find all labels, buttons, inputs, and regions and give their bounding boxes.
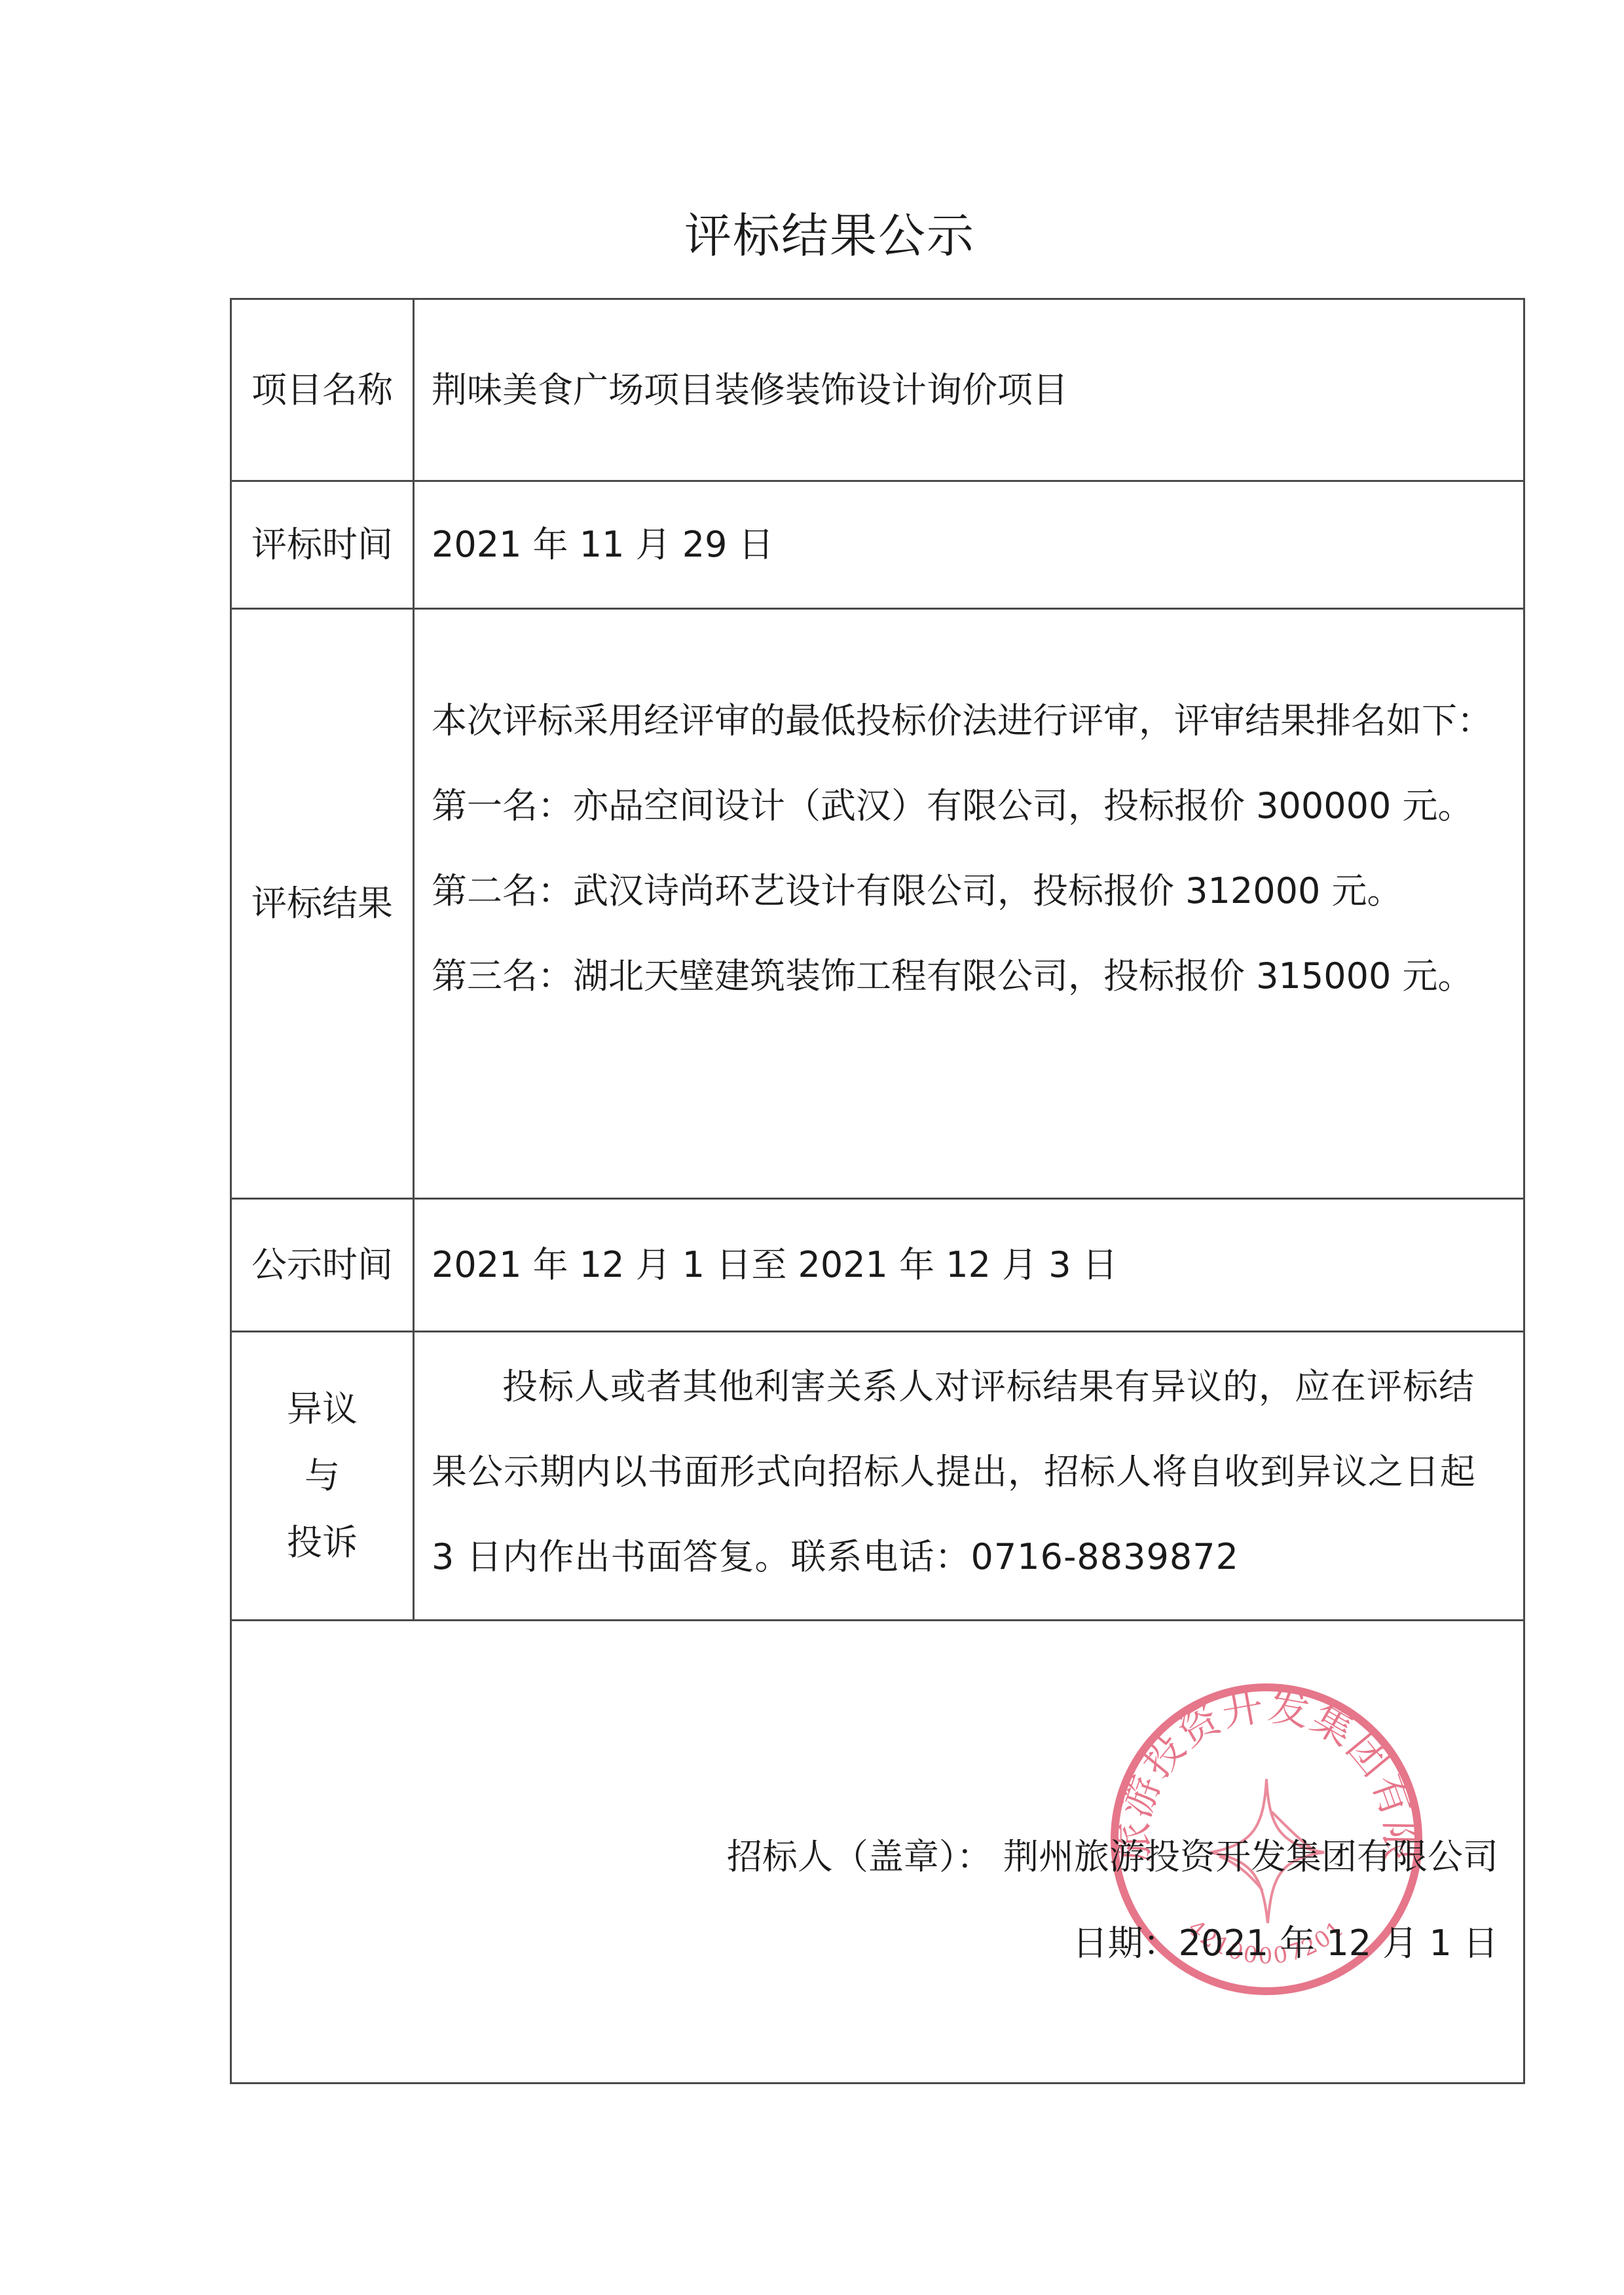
row-project-name: 项目名称 荆味美食广场项目装修装饰设计询价项目 (232, 300, 1523, 482)
rank-label: 第三名： (432, 955, 573, 997)
price-unit: 元。 (1320, 870, 1402, 911)
label-line-1: 异议 (287, 1388, 358, 1430)
tenderer-name: 荆州旅游投资开发集团有限公司 (1003, 1836, 1498, 1877)
value-objections: 投标人或者其他利害关系人对评标结果有异议的，应在评标结果公示期内以书面形式向招标… (415, 1332, 1523, 1619)
ranking-item-3: 第三名：湖北天壁建筑装饰工程有限公司，投标报价 315000 元。 (432, 955, 1473, 1040)
bid-label: ，投标报价 (1068, 785, 1256, 826)
page-title: 评标结果公示 (0, 208, 1624, 263)
signature-block: 招标人（盖章）： 荆州旅游投资开发集团有限公司 日期：2021 年 12 月 1… (581, 1621, 1498, 2082)
row-publicity-period: 公示时间 2021 年 12 月 1 日至 2021 年 12 月 3 日 (232, 1200, 1523, 1332)
bid-price: 312000 (1185, 870, 1320, 911)
row-objections: 异议 与 投诉 投标人或者其他利害关系人对评标结果有异议的，应在评标结果公示期内… (232, 1332, 1523, 1621)
label-line-2: 与 (304, 1455, 340, 1497)
label-evaluation-date: 评标时间 (232, 482, 415, 608)
company-name: 武汉诗尚环艺设计有限公司 (573, 870, 997, 911)
value-evaluation-results: 本次评标采用经评审的最低投标价法进行评审，评审结果排名如下： 第一名：亦品空间设… (415, 610, 1523, 1198)
results-intro: 本次评标采用经评审的最低投标价法进行评审，评审结果排名如下： (432, 700, 1492, 785)
ranking-item-2: 第二名：武汉诗尚环艺设计有限公司，投标报价 312000 元。 (432, 870, 1402, 955)
notice-table: 项目名称 荆味美食广场项目装修装饰设计询价项目 评标时间 2021 年 11 月… (230, 298, 1525, 2084)
label-project-name: 项目名称 (232, 300, 415, 480)
rank-label: 第一名： (432, 785, 573, 826)
value-project-name: 荆味美食广场项目装修装饰设计询价项目 (415, 300, 1523, 480)
label-objections: 异议 与 投诉 (232, 1332, 415, 1619)
date-value: 2021 年 12 月 1 日 (1179, 1922, 1498, 1964)
label-stack: 异议 与 投诉 (287, 1388, 358, 1564)
price-unit: 元。 (1391, 785, 1473, 826)
row-signature: 招标人（盖章）： 荆州旅游投资开发集团有限公司 日期：2021 年 12 月 1… (232, 1621, 1523, 2082)
company-name: 湖北天壁建筑装饰工程有限公司 (573, 955, 1068, 997)
label-line-3: 投诉 (287, 1522, 358, 1564)
value-evaluation-date: 2021 年 11 月 29 日 (415, 482, 1523, 608)
tenderer-label: 招标人（盖章）： (727, 1836, 992, 1877)
date-label: 日期： (1073, 1922, 1179, 1964)
tenderer-line: 招标人（盖章）： 荆州旅游投资开发集团有限公司 (727, 1836, 1498, 1878)
bid-price: 315000 (1256, 955, 1391, 997)
date-line: 日期：2021 年 12 月 1 日 (1073, 1922, 1498, 1964)
rank-label: 第二名： (432, 870, 573, 911)
label-evaluation-results: 评标结果 (232, 610, 415, 1198)
company-name: 亦品空间设计（武汉）有限公司 (573, 785, 1068, 826)
value-publicity-period: 2021 年 12 月 1 日至 2021 年 12 月 3 日 (415, 1200, 1523, 1331)
price-unit: 元。 (1391, 955, 1473, 997)
row-evaluation-results: 评标结果 本次评标采用经评审的最低投标价法进行评审，评审结果排名如下： 第一名：… (232, 610, 1523, 1200)
bid-label: ，投标报价 (1068, 955, 1256, 997)
bid-label: ，投标报价 (997, 870, 1185, 911)
ranking-item-1: 第一名：亦品空间设计（武汉）有限公司，投标报价 300000 元。 (432, 785, 1473, 870)
row-evaluation-date: 评标时间 2021 年 11 月 29 日 (232, 482, 1523, 610)
bid-price: 300000 (1256, 785, 1391, 826)
label-publicity-period: 公示时间 (232, 1200, 415, 1331)
